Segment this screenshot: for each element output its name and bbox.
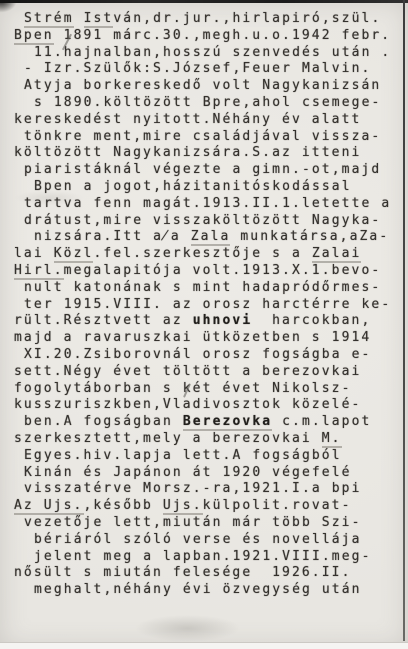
typed-text: Egyes.hiv.lapja lett.A fogságból xyxy=(24,448,342,463)
pencil-underlined-text: Bpen xyxy=(14,28,54,43)
typewritten-text: Strém István,dr.jur.,hirlapiró,szül.Bpen… xyxy=(14,11,398,599)
text-line: Hirl.megalapitója volt.1913.X.1.bevo- xyxy=(14,263,398,280)
text-line: ben.A fogságban Berezovka c.m.lapot xyxy=(14,414,398,431)
typed-text: c.m.lapot xyxy=(272,414,371,429)
pencil-underlined-text: Strém xyxy=(24,11,74,26)
typed-text: 1891 márc.30.,megh.u.o.1942 febr. xyxy=(54,28,392,43)
text-line: fogolytáborban s két évet Nikolsz- xyxy=(14,381,398,398)
text-line: lai Közl.fel.szerkesztője s a Zalai xyxy=(14,246,398,263)
typed-text: harcokban, xyxy=(252,313,371,328)
text-line: tartva fenn magát.1913.II.1.letette a xyxy=(14,196,398,213)
text-line: nősült s miután felesége 1926.II. xyxy=(14,565,398,582)
typed-text: külpolit.rovat- xyxy=(203,498,352,513)
pencil-underlined-text: Zala xyxy=(191,229,231,244)
typed-text: bériáról szóló verse és novellája xyxy=(34,532,362,547)
text-line: majd a ravaruszkai ütközetben s 1914 xyxy=(14,330,398,347)
text-line: sett.Négy évet töltött a berezovkai xyxy=(14,364,398,381)
typed-text: nősült s miután felesége 1926.II. xyxy=(14,565,352,580)
text-line: 11.hajnalban,hosszú szenvedés után . xyxy=(14,45,398,62)
photographed-index-card: Strém István,dr.jur.,hirlapiró,szül.Bpen… xyxy=(0,0,408,649)
typed-text: vezetője lett,miután már több Szi- xyxy=(24,515,362,530)
text-line: meghalt,néhány évi özvegység után xyxy=(14,582,398,599)
typed-text: munkatársa,aZa- xyxy=(230,229,389,244)
text-line: XI.20.Zsiborovnál orosz fogságba e- xyxy=(14,347,398,364)
text-line: drátust,mire visszaköltözött Nagyka- xyxy=(14,213,398,230)
pencil-underlined-text: M. xyxy=(322,431,342,446)
text-line: Strém István,dr.jur.,hirlapiró,szül. xyxy=(14,11,398,28)
typed-text: jelent meg a lapban.1921.VIII.meg- xyxy=(34,549,372,564)
text-line: - Izr.Szülők:S.József,Feuer Malvin. xyxy=(14,61,398,78)
typed-text: sett.Négy évet töltött a berezovkai xyxy=(14,364,361,379)
text-line: Atyja borkereskedő volt Nagykanizsán xyxy=(14,78,398,95)
pencil-underlined-text: Ist xyxy=(84,11,114,26)
typed-text: 11.hajnalban,hosszú szenvedés után . xyxy=(34,45,391,60)
pencil-underlined-text: Hirl. xyxy=(14,263,64,278)
text-line: kusszuriszkben,Vladivosztok közelé- xyxy=(14,397,398,414)
typed-text: kusszuriszkben,Vladivosztok közelé- xyxy=(14,397,361,412)
typed-text: visszatérve Morsz.-ra,1921.I.a bpi xyxy=(24,481,362,496)
text-line: visszatérve Morsz.-ra,1921.I.a bpi xyxy=(14,481,398,498)
typed-text: fogolytáborban s két évet Nikolsz- xyxy=(14,381,352,396)
typed-text: uhnovi xyxy=(193,313,253,328)
text-line: piaristáknál végezte a gimn.-ot,majd xyxy=(14,162,398,179)
photo-bottom-edge xyxy=(0,642,408,649)
typed-text: ,később xyxy=(84,498,163,513)
text-line: tönkre ment,mire családjával vissza- xyxy=(14,129,398,146)
typed-text: s 1890.költözött Bpre,ahol csemege- xyxy=(34,95,381,110)
pencil-underlined-text: Berezovka xyxy=(183,414,272,429)
text-line: kereskedést nyitott.Néhány év alatt xyxy=(14,112,398,129)
typed-text: rült.Résztvett az xyxy=(14,313,193,328)
text-line: jelent meg a lapban.1921.VIII.meg- xyxy=(14,549,398,566)
typed-text: piaristáknál végezte a gimn.-ot,majd xyxy=(24,162,381,177)
text-line: Kinán és Japánon át 1920 végefelé xyxy=(14,465,398,482)
typed-text: .fel.szerkesztője s a xyxy=(93,246,311,261)
text-line: rült.Résztvett az uhnovi harcokban, xyxy=(14,313,398,330)
typed-text: megalapitója volt.1913.X.1.bevo- xyxy=(64,263,382,278)
typed-text: - Izr.Szülők:S.József,Feuer Malvin. xyxy=(24,61,371,76)
typed-text: tartva fenn magát.1913.II.1.letette a xyxy=(24,196,391,211)
typed-text: majd a ravaruszkai ütközetben s 1914 xyxy=(14,330,371,345)
typed-text xyxy=(74,11,84,26)
photo-top-frame-edge xyxy=(0,0,408,3)
text-line: Egyes.hiv.lapja lett.A fogságból xyxy=(14,448,398,465)
typed-text: nult katonának s mint hadapródőrmes- xyxy=(24,280,381,295)
text-line: bériáról szóló verse és novellája xyxy=(14,532,398,549)
photo-right-frame-edge xyxy=(403,0,405,641)
text-line: szerkesztett,mely a berezovkai M. xyxy=(14,431,398,448)
pencil-underlined-text: Ujs. xyxy=(163,498,203,513)
typed-text: tönkre ment,mire családjával vissza- xyxy=(24,129,381,144)
text-line: vezetője lett,miután már több Szi- xyxy=(14,515,398,532)
text-line: nult katonának s mint hadapródőrmes- xyxy=(14,280,398,297)
typed-text: lai xyxy=(14,246,54,261)
text-line: nizsára.Itt a̸a Zala munkatársa,aZa- xyxy=(14,229,398,246)
typed-text: Kinán és Japánon át 1920 végefelé xyxy=(24,465,352,480)
pencil-underlined-text: Zalai xyxy=(312,246,362,261)
pencil-underlined-text: Közl xyxy=(54,246,94,261)
typed-text: XI.20.Zsiborovnál orosz fogságba e- xyxy=(24,347,371,362)
text-line: költözött Nagykanizsára.S.az itteni xyxy=(14,145,398,162)
typed-text: szerkesztett,mely a berezovkai xyxy=(14,431,322,446)
typed-text: meghalt,néhány évi özvegység után xyxy=(34,582,362,597)
typed-text: kereskedést nyitott.Néhány év alatt xyxy=(14,112,361,127)
typed-text: ván,dr.jur.,hirlapiró,szül. xyxy=(113,11,381,26)
text-line: Bpen 1891 márc.30.,megh.u.o.1942 febr. xyxy=(14,28,398,45)
typed-text: drátust,mire visszaköltözött Nagyka- xyxy=(24,213,381,228)
text-line: ter 1915.VIII. az orosz harctérre ke- xyxy=(14,297,398,314)
typed-text: ter 1915.VIII. az orosz harctérre ke- xyxy=(24,297,391,312)
typed-text: Atyja borkereskedő volt Nagykanizsán xyxy=(24,78,381,93)
typed-text: nizsára.Itt a̸a xyxy=(34,229,191,244)
typed-text: ben.A fogságban xyxy=(24,414,183,429)
typed-text: költözött Nagykanizsára.S.az itteni xyxy=(14,145,361,160)
pencil-underlined-text: Az Ujs. xyxy=(14,498,84,513)
text-line: Bpen a jogot,házitanitóskodással xyxy=(14,179,398,196)
text-line: s 1890.költözött Bpre,ahol csemege- xyxy=(14,95,398,112)
typed-text: Bpen a jogot,házitanitóskodással xyxy=(34,179,352,194)
text-line: Az Ujs.,később Ujs.külpolit.rovat- xyxy=(14,498,398,515)
